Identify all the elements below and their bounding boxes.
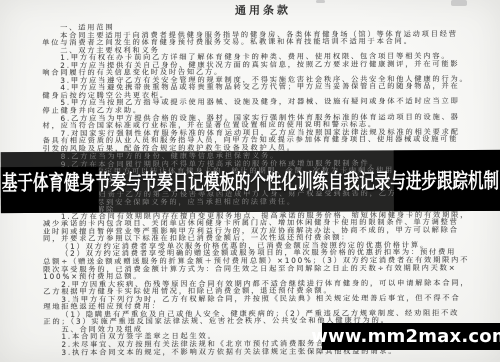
contract-lines-top: 一、适用范围本合同主要适用于向消费者提供健身服务指导的健身房、各类体育健身场（馆… [42, 22, 473, 152]
banner-overlay: 8.乙方应当为甲方的身份、健康等信息承担保密义务。9.乙方在本合同履行期限内不得… [1, 150, 500, 213]
contract-body: 一、适用范围本合同主要适用于向消费者提供健身服务指导的健身房、各类体育健身场（馆… [0, 22, 500, 356]
watermark-text: www.mm2max.com [311, 326, 500, 347]
watermark-badge: www.mm2max.com [322, 323, 500, 350]
contract-document: 通用条款 一、适用范围本合同主要适用于向消费者提供健身服务指导的健身房、各类体育… [0, 0, 500, 356]
contract-photo-page: 通用条款 一、适用范围本合同主要适用于向消费者提供健身服务指导的健身房、各类体育… [0, 0, 500, 362]
document-title: 通用条款 [13, 0, 500, 18]
banner-headline: 基于体育健身节奏与节奏日记模板的个性化训练自我记录与进步跟踪机制 [2, 165, 499, 197]
